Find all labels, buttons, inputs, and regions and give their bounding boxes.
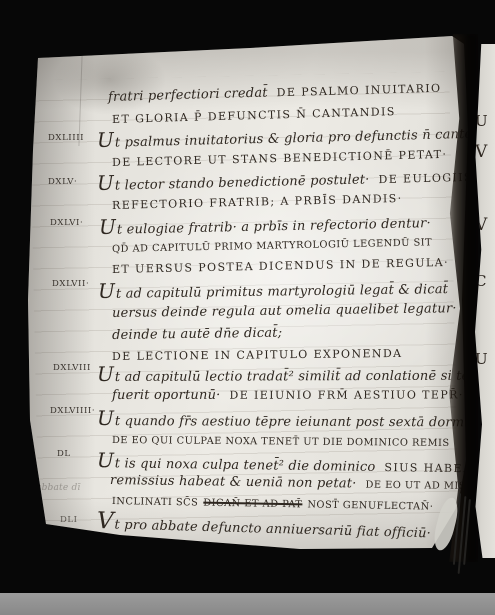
manuscript-page: DXLIIII DXLV· DXLVI· DXLVII· DXLVIII DXL…: [0, 0, 495, 615]
faded-margin-note: abbate dī: [36, 483, 81, 493]
line-rubric: INCLINATI SC̄S: [112, 496, 199, 509]
manuscript-text-line: Ut ad capitulū lectio tradat̄² similit̄ …: [97, 361, 494, 386]
facing-page-partial-letter: V: [475, 142, 487, 162]
chapter-initial: U: [99, 215, 116, 239]
chapter-number-margin: DXLVI·: [50, 218, 83, 228]
manuscript-text-line: Vt pro abbate defuncto anniuersariū fiat…: [97, 508, 432, 543]
chapter-number-margin: DXLVIII: [53, 363, 91, 373]
chapter-initial: U: [97, 362, 114, 386]
manuscript-text-line: DE EO QUI CULPAE NOXA TENET̄ UT DIE DOMI…: [112, 428, 450, 450]
chapter-initial: U: [97, 406, 114, 430]
manuscript-text-line: fuerit oportunū·DE IEIUNIO FRM̄ AESTIUO …: [112, 383, 464, 403]
line-text: fratri perfectiori credat̄: [108, 86, 268, 105]
chapter-number-margin: DLI: [60, 515, 78, 525]
line-text: deinde tu autē dn̄e dicat̄;: [112, 326, 282, 343]
manuscript-text-line: deinde tu autē dn̄e dicat̄;: [112, 322, 282, 343]
chapter-initial: U: [98, 279, 115, 303]
ink-speck: [24, 449, 31, 459]
chapter-number-margin: DXLVII·: [52, 279, 89, 289]
chapter-initial: U: [97, 128, 114, 152]
chapter-number-margin: DXLIIII: [48, 133, 84, 143]
line-rubric: ET UERSUS POSTEA DICENDUS IN DE REGULA·: [112, 256, 449, 276]
chapter-initial: V: [97, 508, 114, 534]
chapter-number-margin: DXLV·: [48, 177, 77, 187]
manuscript-text-line: uersus deinde regula aut omelia quaelibe…: [112, 297, 457, 321]
line-text: uersus deinde regula aut omelia quaelibe…: [112, 301, 457, 321]
line-text: fuerit oportunū·: [112, 388, 221, 403]
line-rubric: DE EO QUI CULPAE NOXA TENET̄ UT DIE DOMI…: [112, 435, 450, 449]
line-rubric: NOST̄ GENUFLECTAN̄·: [307, 499, 433, 512]
line-text: t pro abbate defuncto anniuersariū fiat …: [114, 517, 431, 541]
photo-footer-strip: [0, 593, 495, 615]
line-rubric: DE PSALMO INUITARIO: [277, 82, 442, 100]
struck-text: DICAN̄ ET AD PAT̄: [203, 498, 302, 511]
line-rubric: DE IEIUNIO FRM̄ AESTIUO TEPR̄·: [229, 388, 463, 401]
chapter-number-margin: DL: [57, 449, 71, 459]
chapter-initial: U: [97, 171, 114, 195]
chapter-number-margin: DXLVIIII·: [50, 406, 95, 416]
